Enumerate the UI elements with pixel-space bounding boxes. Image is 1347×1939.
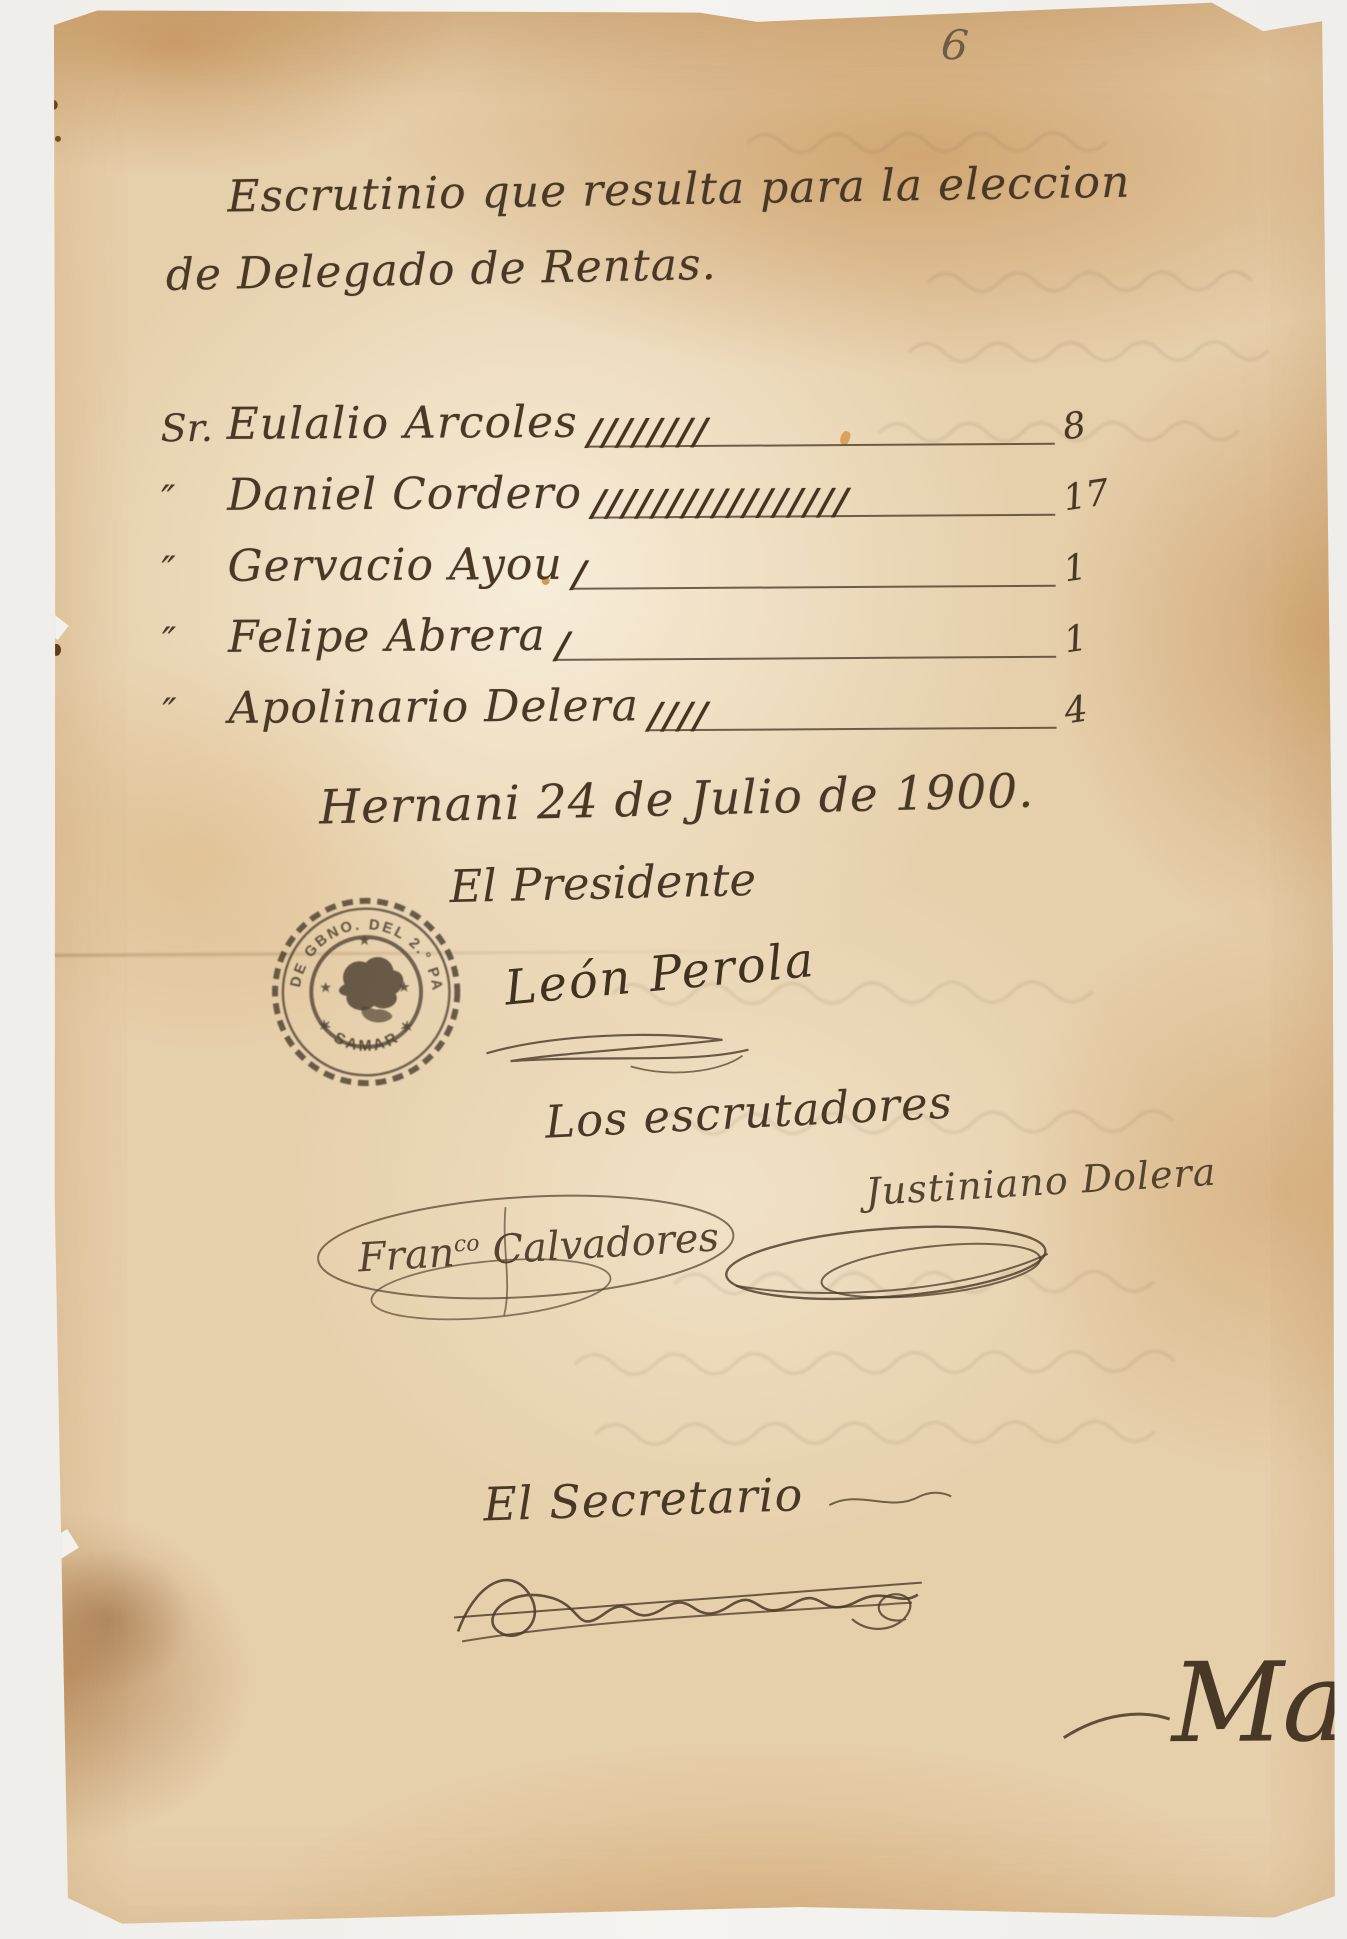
- honorific: ″: [161, 477, 227, 521]
- dateline: Hernani 24 de Julio de 1900.: [318, 764, 1034, 836]
- candidate-name: Eulalio Arcoles: [227, 397, 578, 450]
- candidate-name: Gervacio Ayou: [227, 539, 562, 592]
- label-tail-flourish: [825, 1480, 955, 1521]
- vote-count: 1: [1061, 542, 1122, 591]
- tally-line: /: [553, 585, 1056, 661]
- stamp-star-icon: ★: [319, 979, 332, 996]
- official-round-stamp: DE GBNO. DEL 2.° PART. ✶ SAMAR ✶ ★ ★ ★: [268, 889, 465, 1094]
- bleed-through-writing: [595, 1401, 1195, 1465]
- tally-line: /: [570, 514, 1055, 590]
- candidate-name: Apolinario Delera: [228, 680, 639, 734]
- honorific: Sr.: [161, 406, 227, 450]
- president-label: El Presidente: [449, 853, 757, 913]
- tally-marks: ////: [644, 695, 715, 737]
- vote-count: 4: [1062, 684, 1123, 733]
- svg-text:✶ SAMAR ✶: ✶ SAMAR ✶: [313, 1014, 420, 1055]
- paper-speck: [51, 644, 61, 656]
- candidate-name: Felipe Abrera: [228, 610, 546, 663]
- honorific: ″: [161, 548, 227, 592]
- signature-abbr-superscript: co: [453, 1231, 480, 1257]
- secretary-label: El Secretario: [482, 1467, 804, 1531]
- tally-line: /////////////////: [590, 443, 1055, 519]
- tally-row: Sr. Eulalio Arcoles //////// 8: [160, 373, 1118, 450]
- stamp-emblem-blob: [361, 1006, 392, 1023]
- tally-row: ″ Gervacio Ayou / 1: [161, 515, 1119, 592]
- tally-line: ////////: [585, 372, 1054, 448]
- vote-tally-table: Sr. Eulalio Arcoles //////// 8 ″ Daniel …: [160, 373, 1120, 734]
- document-title: Escrutinio que resulta para la eleccion …: [165, 149, 1131, 307]
- stamp-emblem-blob: [339, 957, 404, 1010]
- corner-mark-text: Ma: [1171, 1652, 1346, 1753]
- honorific: ″: [162, 619, 228, 663]
- paper-speck: [49, 100, 58, 110]
- page-number: 6: [939, 19, 970, 70]
- scrutineer-signature-left: Franco Calvadores: [305, 1186, 744, 1325]
- candidate-name: Daniel Cordero: [227, 468, 582, 521]
- tally-line: ////: [647, 656, 1057, 732]
- swash-stroke: [1061, 1683, 1171, 1754]
- stamp-star-icon: ★: [397, 979, 410, 996]
- scrutineer-signature-right: Justiniano Dolera: [864, 1150, 1217, 1214]
- tally-row: ″ Apolinario Delera //// 4: [162, 657, 1120, 734]
- corner-ink-mark: Ma: [1061, 1652, 1346, 1754]
- bleed-through-writing: [574, 1331, 1194, 1395]
- stamp-arc-bottom-text: ✶ SAMAR ✶: [313, 1014, 420, 1055]
- vote-count: 1: [1061, 613, 1122, 662]
- tally-row: ″ Daniel Cordero ///////////////// 17: [161, 444, 1119, 521]
- manuscript-page: 6 Escrutinio que resulta para la eleccio…: [46, 0, 1339, 1927]
- edge-tear: [37, 610, 69, 640]
- secretary-signature-rubric: [448, 1545, 929, 1668]
- edge-tear: [40, 1529, 79, 1565]
- vote-count: 8: [1060, 400, 1121, 449]
- honorific: ″: [162, 690, 228, 734]
- stamp-star-icon: ★: [358, 932, 371, 949]
- paper-speck: [55, 136, 61, 142]
- vote-count: 17: [1060, 471, 1121, 520]
- signature-abbr: Fran: [357, 1230, 456, 1282]
- tally-row: ″ Felipe Abrera / 1: [162, 586, 1120, 663]
- tally-marks: /: [551, 625, 576, 667]
- signature-flourish: [480, 1026, 760, 1092]
- signature-flourish: [716, 1214, 1057, 1316]
